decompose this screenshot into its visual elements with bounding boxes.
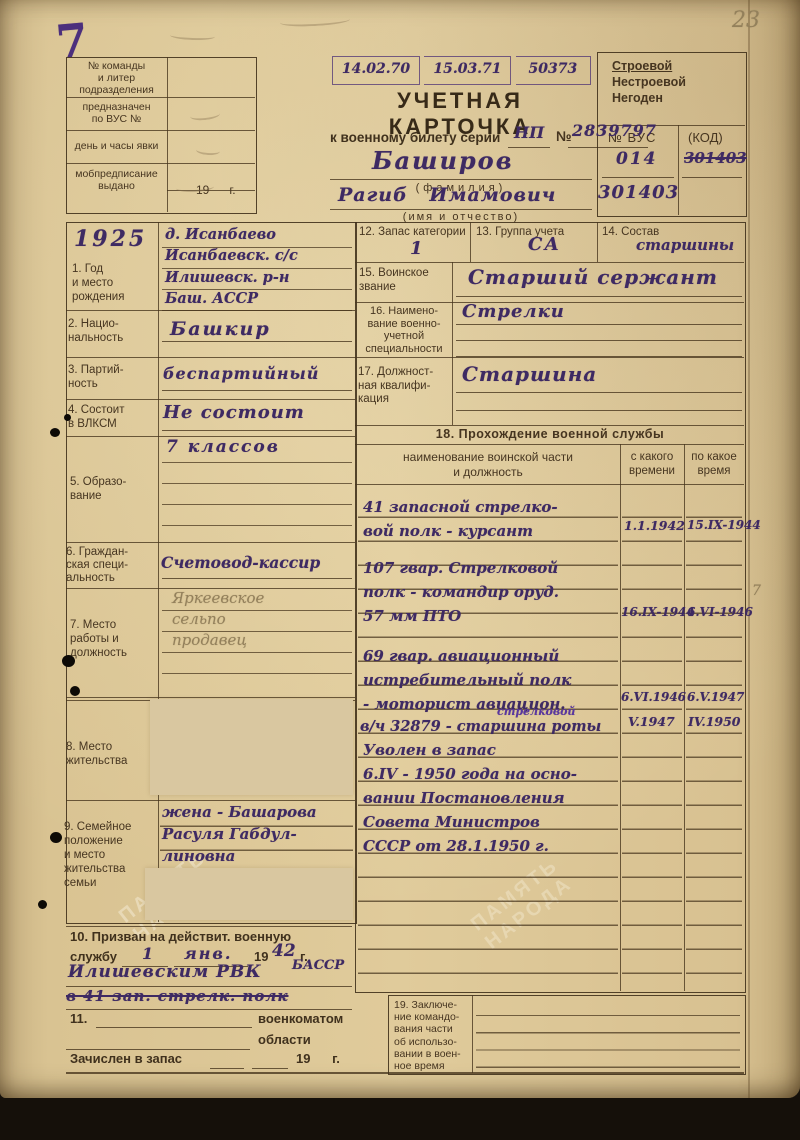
mob-vus-label: предназначен по ВУС № bbox=[68, 101, 165, 125]
stamp-date-2: 15.03.71 bbox=[424, 57, 510, 77]
field-11-num: 11. bbox=[70, 1012, 87, 1025]
stamp-number: 50373 bbox=[516, 57, 590, 77]
family-value: жена - Башарова Расуля Габдул- линовна bbox=[162, 801, 317, 867]
row-line bbox=[66, 697, 355, 698]
col-line bbox=[472, 995, 473, 1073]
birth-place-value: д. Исанбаево Исанбаевск. с/с Илишевск. р… bbox=[165, 224, 298, 309]
col-line bbox=[470, 222, 471, 262]
callup-month-value: янв. bbox=[184, 944, 232, 963]
mob-box-line bbox=[66, 163, 255, 164]
service-section-title: 18. Прохождение военной службы bbox=[356, 428, 744, 441]
punch-hole bbox=[38, 900, 47, 909]
civil-specialty-value: Счетовод-кассир bbox=[161, 553, 320, 572]
value-rule bbox=[456, 392, 742, 393]
field-17-label: 17. Должност- ная квалифи- кация bbox=[358, 366, 452, 407]
margin-pencil-mark: 7 bbox=[752, 583, 761, 599]
surname-underline bbox=[330, 179, 592, 180]
field-7-label: 7. Место работы и должность bbox=[70, 618, 154, 660]
row-line bbox=[66, 542, 355, 543]
field-8-label: 8. Место жительства bbox=[66, 740, 156, 768]
scanned-card-page: 7 23 7 ПАМЯТЬ НАРОДА ПАМЯТЬ НАРОДА № ком… bbox=[0, 0, 800, 1140]
billet-series-value: НП bbox=[514, 123, 544, 142]
service-row-from: 1.1.1942 bbox=[624, 518, 685, 533]
col-line bbox=[597, 222, 598, 262]
billet-series-underline bbox=[508, 147, 550, 148]
service-row-unit: Уволен в запас 6.IV - 1950 года на осно-… bbox=[363, 739, 577, 859]
field-11-word2: области bbox=[258, 1033, 311, 1046]
surname-value: Баширов bbox=[372, 146, 513, 175]
mob-order-label: мобпредписание выдано bbox=[68, 168, 165, 192]
code-underline bbox=[682, 177, 742, 178]
nationality-value: Башкир bbox=[170, 318, 271, 340]
service-row-unit: в/ч 32879 - старшина роты bbox=[360, 718, 601, 735]
service-from-rules bbox=[622, 494, 682, 990]
service-row-to: 6.V.1947 bbox=[687, 690, 744, 704]
mob-box-line bbox=[66, 130, 255, 131]
field-19-rules bbox=[476, 999, 740, 1069]
stamp-cell: 15.03.71 bbox=[424, 56, 511, 85]
value-rule bbox=[162, 390, 352, 391]
party-value: беспартийный bbox=[163, 364, 319, 383]
punch-hole bbox=[62, 655, 75, 667]
stamp-cell: 14.02.70 bbox=[332, 56, 420, 85]
rank-value: Старший сержант bbox=[468, 265, 718, 289]
service-row-unit: 107 гвар. Стрелковой полк - командир ору… bbox=[363, 557, 559, 629]
specialty-name-value: Стрелки bbox=[462, 301, 565, 322]
row-line bbox=[66, 399, 355, 400]
struck-entry: в 41 зап. стрелк. полк bbox=[66, 987, 288, 1005]
billet-number-value: 2839797 bbox=[572, 121, 657, 140]
field-11-enlist: Зачислен в запас bbox=[70, 1052, 182, 1065]
field-11-year: 19 г. bbox=[296, 1052, 340, 1065]
col-line bbox=[452, 262, 453, 425]
value-rule bbox=[66, 1009, 352, 1010]
vus-underline bbox=[602, 177, 674, 178]
stamp-date-1: 14.02.70 bbox=[333, 57, 419, 77]
field-5-label: 5. Образо- вание bbox=[70, 475, 154, 503]
service-col-from-header: с какого времени bbox=[620, 450, 684, 478]
birth-year-value: 1925 bbox=[74, 226, 147, 252]
service-row-insert: стрелковой bbox=[497, 705, 575, 718]
row-line bbox=[355, 444, 744, 445]
vus-value: 014 bbox=[616, 149, 658, 169]
service-row-from: 6.VI.1946 bbox=[621, 690, 686, 704]
service-row-to: IV.1950 bbox=[688, 714, 741, 729]
commissariat-value-2: БАССР bbox=[292, 958, 344, 973]
paper-right-edge bbox=[748, 0, 750, 1098]
row-line bbox=[355, 425, 744, 426]
field-2-label: 2. Нацио- нальность bbox=[68, 317, 156, 345]
service-row-to: 15.IX-1944 bbox=[687, 518, 761, 532]
row-line bbox=[355, 357, 744, 358]
record-group-value: СА bbox=[528, 234, 561, 255]
punch-hole bbox=[50, 428, 60, 437]
workplace-value: Яркеевское сельпо продавец bbox=[172, 588, 264, 651]
fitness-option-negoden: Негоден bbox=[612, 92, 663, 105]
value-rule bbox=[210, 1068, 244, 1069]
composition-value: старшины bbox=[636, 236, 734, 254]
field-6-label: 6. Граждан- ская специ- альность bbox=[66, 546, 158, 585]
mob-box-line bbox=[66, 97, 255, 98]
service-row-from: V.1947 bbox=[628, 714, 675, 729]
value-rule bbox=[456, 410, 742, 411]
corner-number-right: 23 bbox=[732, 8, 760, 33]
commissariat-value: Илишевским РВК bbox=[68, 962, 262, 982]
stamp-cell: 50373 bbox=[516, 56, 591, 85]
redaction-block bbox=[145, 868, 353, 920]
service-row-from: 16.IX-1944 bbox=[621, 605, 695, 619]
mob-hours-label: день и часы явки bbox=[68, 140, 165, 152]
service-to-rules bbox=[686, 494, 742, 990]
punch-hole bbox=[50, 832, 62, 843]
vlksm-value: Не состоит bbox=[163, 402, 305, 423]
punch-hole bbox=[70, 686, 80, 696]
value-rule bbox=[162, 341, 352, 342]
row-line bbox=[355, 262, 744, 263]
row-line bbox=[66, 357, 355, 358]
field-4-label: 4. Состоит в ВЛКСМ bbox=[68, 403, 156, 431]
code-value-final: 301403 bbox=[598, 182, 679, 203]
code-label: (КОД) bbox=[688, 131, 723, 144]
field-1-label: 1. Год и место рождения bbox=[72, 262, 156, 304]
field-10-line1: 10. Призван на действит. военную bbox=[70, 930, 291, 943]
service-row-unit: 41 запасной стрелко- вой полк - курсант bbox=[363, 496, 558, 544]
service-col-unit-header: наименование воинской части и должность bbox=[358, 450, 618, 480]
value-rule bbox=[252, 1068, 288, 1069]
fitness-option-stroevoy: Строевой bbox=[612, 60, 672, 73]
redaction-block bbox=[150, 699, 353, 795]
field-15-label: 15. Воинское звание bbox=[359, 266, 449, 294]
row-line bbox=[66, 926, 352, 927]
callup-day-value: 1 bbox=[142, 944, 153, 963]
value-rule bbox=[66, 1049, 250, 1050]
value-rule bbox=[456, 340, 742, 341]
field-3-label: 3. Партий- ность bbox=[68, 363, 156, 391]
code-value-struck: 301403 bbox=[684, 149, 747, 167]
value-rule bbox=[456, 356, 742, 357]
service-col-to-header: по какое время bbox=[684, 450, 744, 478]
education-value: 7 классов bbox=[166, 437, 280, 457]
fitness-option-nestroevoy: Нестроевой bbox=[612, 76, 686, 89]
ink-blot bbox=[64, 414, 71, 421]
mob-box-divider bbox=[167, 57, 168, 212]
field-9-label: 9. Семейное положение и место жительства… bbox=[64, 820, 156, 890]
reserve-category-value: 1 bbox=[410, 238, 423, 259]
row-line bbox=[355, 484, 744, 485]
name-underline bbox=[330, 209, 592, 210]
value-rule bbox=[456, 324, 742, 325]
value-rule bbox=[162, 578, 352, 579]
field-11-word1: военкоматом bbox=[258, 1012, 343, 1025]
value-rule bbox=[162, 430, 352, 431]
service-row-to: 6.VI-1946 bbox=[687, 605, 753, 619]
billet-no-label: № bbox=[556, 130, 572, 143]
value-rule bbox=[96, 1027, 252, 1028]
date-stamp-row: 14.02.70 15.03.71 50373 bbox=[332, 56, 591, 85]
left-label-divider bbox=[158, 222, 159, 922]
field-19-label: 19. Заключе- ние командо- вания части об… bbox=[394, 999, 474, 1072]
col-line bbox=[620, 444, 621, 991]
billet-prefix: к военному билету серии bbox=[330, 131, 500, 144]
name-value: Рагиб Имамович bbox=[338, 184, 556, 206]
mob-squad-label: № команды и литер подразделения bbox=[68, 60, 165, 96]
field-16-label: 16. Наимено- вание военно- учетной специ… bbox=[356, 305, 452, 356]
qualification-value: Старшина bbox=[462, 362, 597, 386]
value-rule bbox=[456, 296, 742, 297]
